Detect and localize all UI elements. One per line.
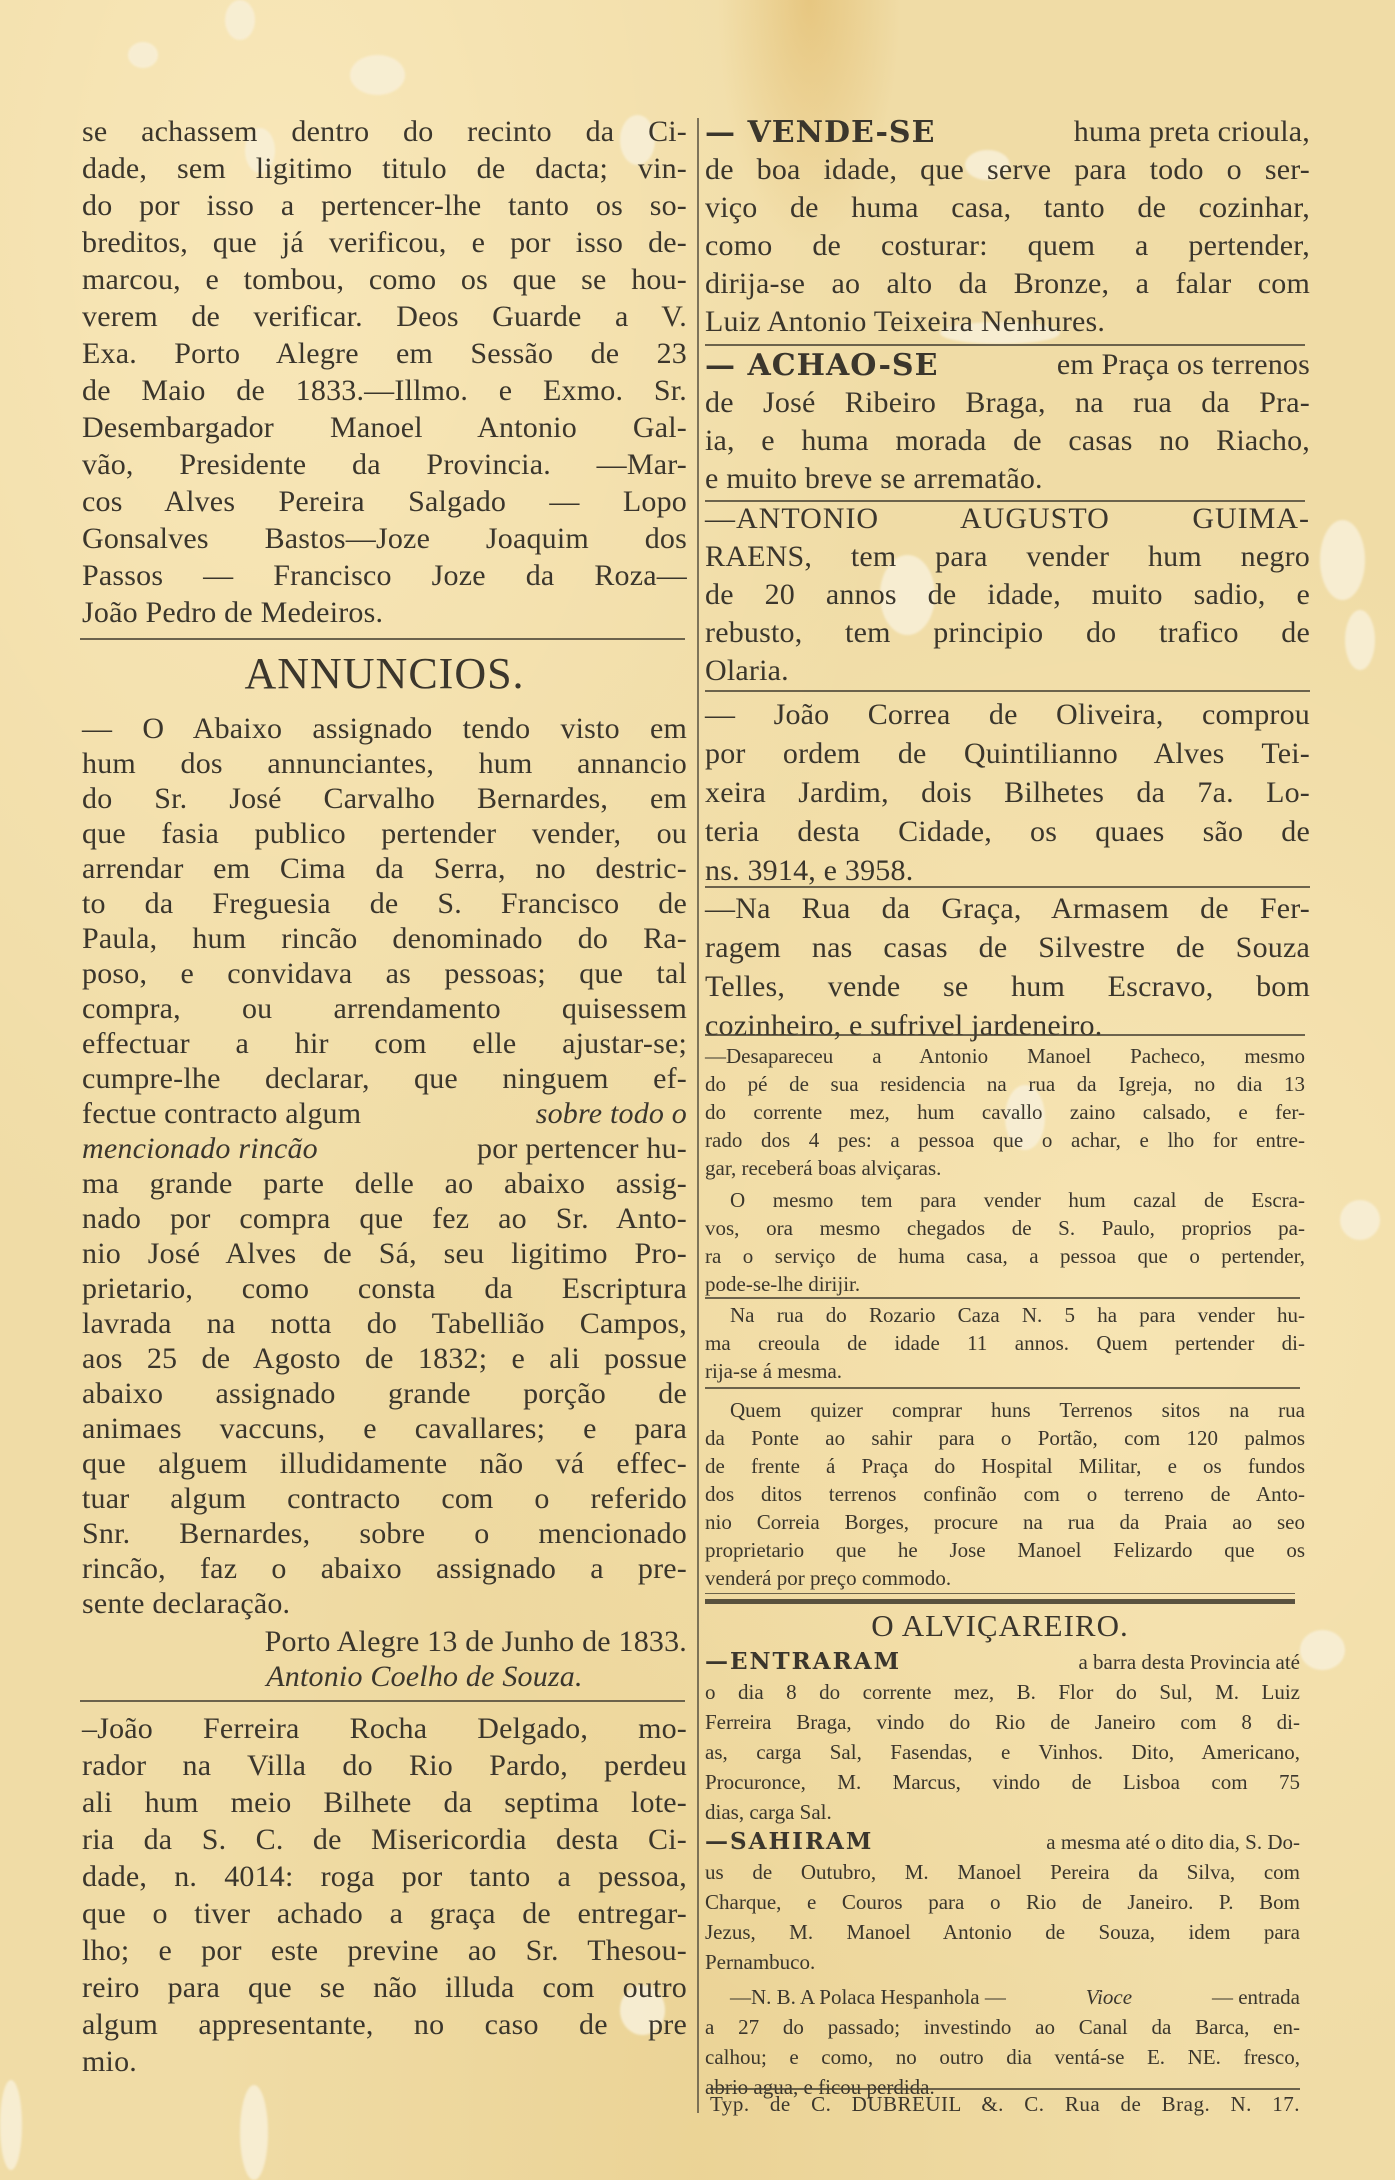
- text-line: do por isso a pertencer-lhe tanto os so-: [82, 189, 687, 223]
- text-line: a 27 do passado; investindo ao Canal da …: [705, 2015, 1300, 2040]
- text-line: rebusto, tem principio do trafico de: [705, 616, 1310, 650]
- text-line: to da Freguesia de S. Francisco de: [82, 887, 687, 921]
- section-rule: [705, 344, 1305, 346]
- section-rule: [705, 1593, 1295, 1594]
- text-line: aos 25 de Agosto de 1832; e ali possue: [82, 1342, 687, 1376]
- text-line: lho; e por este previne ao Sr. Thesou-: [82, 1934, 687, 1968]
- text-line: cumpre-lhe declarar, que ninguem ef-: [82, 1062, 687, 1096]
- text-line: do Sr. José Carvalho Bernardes, em: [82, 782, 687, 816]
- text-line: teria desta Cidade, os quaes são de: [705, 815, 1310, 849]
- text-line: —N. B. A Polaca Hespanhola — Vioce — ent…: [730, 1985, 1300, 2010]
- text-line: —ENTRARAM a barra desta Provincia até: [705, 1648, 1300, 1675]
- text-line: —ANTONIO AUGUSTO GUIMA-: [705, 502, 1310, 536]
- text-fragment: huma preta crioula,: [1074, 115, 1310, 150]
- text-fragment: a barra desta Provincia até: [1078, 1650, 1300, 1675]
- section-rule: [705, 1034, 1305, 1036]
- italic-fragment: Vioce: [1086, 1985, 1132, 2010]
- text-line: dos ditos terrenos confinão com o terren…: [705, 1482, 1305, 1507]
- text-fragment: em Praça os terrenos: [1057, 348, 1310, 383]
- text-line: rincão, faz o abaixo assignado a pre-: [82, 1552, 687, 1586]
- text-line: que o tiver achado a graça de entregar-: [82, 1897, 687, 1931]
- text-fragment: por pertencer hu-: [477, 1132, 687, 1166]
- text-line: Telles, vende se hum Escravo, bom: [705, 970, 1310, 1004]
- italic-fragment: mencionado rincão: [82, 1132, 318, 1166]
- text-line: — ACHAO-SE em Praça os terrenos: [705, 348, 1310, 383]
- text-line: ragem nas casas de Silvestre de Souza: [705, 931, 1310, 965]
- text-line: cozinheiro, e sufrivel jardeneiro.: [705, 1009, 1310, 1043]
- text-line: ma creoula de idade 11 annos. Quem perte…: [705, 1331, 1305, 1356]
- text-line: calhou; e como, no outro dia ventá-se E.…: [705, 2045, 1300, 2070]
- text-line: proprietario que he Jose Manoel Felizard…: [705, 1538, 1305, 1563]
- text-line: poso, e convidava as pessoas; que tal: [82, 957, 687, 991]
- text-line: Luiz Antonio Teixeira Nenhures.: [705, 305, 1310, 339]
- text-line: dias, carga Sal.: [705, 1800, 1300, 1825]
- section-rule: [80, 638, 685, 640]
- text-line: Charque, e Couros para o Rio de Janeiro.…: [705, 1890, 1300, 1915]
- ad-lead: — ACHAO-SE: [705, 348, 938, 383]
- text-line: como de costurar: quem a pertender,: [705, 229, 1310, 263]
- section-rule: [705, 886, 1310, 888]
- text-line: de 20 annos de idade, muito sadio, e: [705, 578, 1310, 612]
- section-rule: [705, 690, 1310, 692]
- text-line: O mesmo tem para vender hum cazal de Esc…: [730, 1188, 1305, 1213]
- text-line: reiro para que se não illuda com outro: [82, 1971, 687, 2005]
- ad-lead: — VENDE-SE: [705, 115, 935, 150]
- section-rule: [705, 1297, 1300, 1299]
- text-line: ma grande parte delle ao abaixo assig-: [82, 1167, 687, 1201]
- text-line: Quem quizer comprar huns Terrenos sitos …: [730, 1398, 1305, 1423]
- column-divider: [697, 118, 699, 2113]
- text-line: mencionado rincão por pertencer hu-: [82, 1132, 687, 1166]
- text-line: de frente á Praça do Hospital Militar, e…: [705, 1454, 1305, 1479]
- text-line: que alguem illudidamente não vá effec-: [82, 1447, 687, 1481]
- text-line: algum appresentante, no caso de pre: [82, 2008, 687, 2042]
- text-line: lavrada na notta do Tabellião Campos,: [82, 1307, 687, 1341]
- text-line: as, carga Sal, Fasendas, e Vinhos. Dito,…: [705, 1740, 1300, 1765]
- text-line: breditos, que já verificou, e por isso d…: [82, 226, 687, 260]
- text-line: ria da S. C. de Misericordia desta Ci-: [82, 1823, 687, 1857]
- section-heading-alvicareiro: O ALVIÇAREIRO.: [705, 1608, 1295, 1644]
- ad-lead-entraram: —ENTRARAM: [705, 1648, 901, 1675]
- text-line: de Maio de 1833.—Illmo. e Exmo. Sr.: [82, 374, 687, 408]
- text-fragment: fectue contracto algum: [82, 1097, 361, 1131]
- text-line: abaixo assignado grande porção de: [82, 1377, 687, 1411]
- text-line: ra o serviço de huma casa, a pessoa que …: [705, 1244, 1305, 1269]
- text-line: rador na Villa do Rio Pardo, perdeu: [82, 1749, 687, 1783]
- text-line: Procuronce, M. Marcus, vindo de Lisboa c…: [705, 1770, 1300, 1795]
- text-line: dade, sem ligitimo titulo de dacta; vin-: [82, 152, 687, 186]
- text-line: por ordem de Quintilianno Alves Tei-: [705, 737, 1310, 771]
- text-line: dade, n. 4014: roga por tanto a pessoa,: [82, 1860, 687, 1894]
- text-line: —SAHIRAM a mesma até o dito dia, S. Do-: [705, 1828, 1300, 1855]
- text-line: compra, ou arrendamento quisessem: [82, 992, 687, 1026]
- text-line: –João Ferreira Rocha Delgado, mo-: [82, 1712, 687, 1746]
- text-fragment: a mesma até o dito dia, S. Do-: [1046, 1830, 1300, 1855]
- text-line: Na rua do Rozario Caza N. 5 ha para vend…: [730, 1303, 1305, 1328]
- section-rule-thick: [705, 1599, 1295, 1604]
- text-line: do pé de sua residencia na rua da Igreja…: [705, 1072, 1305, 1097]
- text-line: —Desapareceu a Antonio Manoel Pacheco, m…: [705, 1044, 1305, 1069]
- text-line: dirija-se ao alto da Bronze, a falar com: [705, 267, 1310, 301]
- text-line: marcou, e tombou, como os que se hou-: [82, 263, 687, 297]
- text-line: animaes vaccuns, e cavallares; e para: [82, 1412, 687, 1446]
- text-line: Gonsalves Bastos—Joze Joaquim dos: [82, 522, 687, 556]
- text-line: nio José Alves de Sá, seu ligitimo Pro-: [82, 1237, 687, 1271]
- text-fragment: —N. B. A Polaca Hespanhola —: [730, 1985, 1006, 2010]
- text-line: Snr. Bernardes, sobre o mencionado: [82, 1517, 687, 1551]
- text-line: Olaria.: [705, 654, 1310, 688]
- text-line: e muito breve se arrematão.: [705, 462, 1310, 496]
- text-line: rado dos 4 pes: a pessoa que o achar, e …: [705, 1128, 1305, 1153]
- text-line: Pernambuco.: [705, 1950, 1300, 1975]
- text-line: Ferreira Braga, vindo do Rio de Janeiro …: [705, 1710, 1300, 1735]
- ad-date: Porto Alegre 13 de Junho de 1833.: [82, 1625, 687, 1659]
- text-line: verem de verificar. Deos Guarde a V.: [82, 300, 687, 334]
- text-line: se achassem dentro do recinto da Ci-: [82, 115, 687, 149]
- text-line: cos Alves Pereira Salgado — Lopo: [82, 485, 687, 519]
- text-line: de boa idade, que serve para todo o ser-: [705, 153, 1310, 187]
- text-line: da Ponte ao sahir para o Portão, com 120…: [705, 1426, 1305, 1451]
- text-line: fectue contracto algum sobre todo o: [82, 1097, 687, 1131]
- text-line: Desembargador Manoel Antonio Gal-: [82, 411, 687, 445]
- text-line: que fasia publico pertender vender, ou: [82, 817, 687, 851]
- text-line: sente declaração.: [82, 1587, 687, 1621]
- text-line: tuar algum contracto com o referido: [82, 1482, 687, 1516]
- text-line: ali hum meio Bilhete da septima lote-: [82, 1786, 687, 1820]
- text-fragment: — entrada: [1212, 1985, 1300, 2010]
- text-line: do corrente mez, hum cavallo zaino calsa…: [705, 1100, 1305, 1125]
- text-line: de José Ribeiro Braga, na rua da Pra-: [705, 386, 1310, 420]
- text-line: effectuar a hir com elle ajustar-se;: [82, 1027, 687, 1061]
- text-line: nado por compra que fez ao Sr. Anto-: [82, 1202, 687, 1236]
- text-line: arrendar em Cima da Serra, no destric-: [82, 852, 687, 886]
- ad-signature: Antonio Coelho de Souza.: [122, 1660, 727, 1694]
- text-line: vos, ora mesmo chegados de S. Paulo, pro…: [705, 1216, 1305, 1241]
- text-line: Jezus, M. Manoel Antonio de Souza, idem …: [705, 1920, 1300, 1945]
- text-line: gar, receberá boas alviçaras.: [705, 1156, 1305, 1181]
- text-line: —Na Rua da Graça, Armasem de Fer-: [705, 892, 1310, 926]
- italic-fragment: sobre todo o: [536, 1097, 687, 1131]
- text-line: — VENDE-SE huma preta crioula,: [705, 115, 1310, 150]
- text-line: prietario, como consta da Escriptura: [82, 1272, 687, 1306]
- text-line: viço de huma casa, tanto de cozinhar,: [705, 191, 1310, 225]
- printer-imprint: Typ. de C. DUBREUIL &. C. Rua de Brag. N…: [710, 2092, 1300, 2117]
- text-line: João Pedro de Medeiros.: [82, 596, 687, 630]
- text-line: hum dos annunciantes, hum annancio: [82, 747, 687, 781]
- section-rule: [80, 1700, 685, 1702]
- section-rule: [710, 2088, 1300, 2090]
- text-line: — João Correa de Oliveira, comprou: [705, 698, 1310, 732]
- text-line: o dia 8 do corrente mez, B. Flor do Sul,…: [705, 1680, 1300, 1705]
- section-heading-annuncios: ANNUNCIOS.: [82, 648, 687, 699]
- text-line: Passos — Francisco Joze da Roza—: [82, 559, 687, 593]
- text-line: us de Outubro, M. Manoel Pereira da Silv…: [705, 1860, 1300, 1885]
- text-line: ia, e huma morada de casas no Riacho,: [705, 424, 1310, 458]
- text-line: xeira Jardim, dois Bilhetes da 7a. Lo-: [705, 776, 1310, 810]
- text-line: — O Abaixo assignado tendo visto em: [82, 712, 687, 746]
- section-rule: [705, 1387, 1300, 1389]
- text-line: venderá por preço commodo.: [705, 1566, 1305, 1591]
- text-line: ns. 3914, e 3958.: [705, 854, 1310, 888]
- text-line: nio Correia Borges, procure na rua da Pr…: [705, 1510, 1305, 1535]
- text-line: vão, Presidente da Provincia. —Mar-: [82, 448, 687, 482]
- text-line: mio.: [82, 2045, 687, 2079]
- text-line: Exa. Porto Alegre em Sessão de 23: [82, 337, 687, 371]
- text-line: RAENS, tem para vender hum negro: [705, 540, 1310, 574]
- ad-lead-sahiram: —SAHIRAM: [705, 1828, 873, 1855]
- text-line: pode-se-lhe dirijir.: [705, 1272, 1305, 1297]
- text-line: Paula, hum rincão denominado do Ra-: [82, 922, 687, 956]
- text-line: rija-se á mesma.: [705, 1359, 1305, 1384]
